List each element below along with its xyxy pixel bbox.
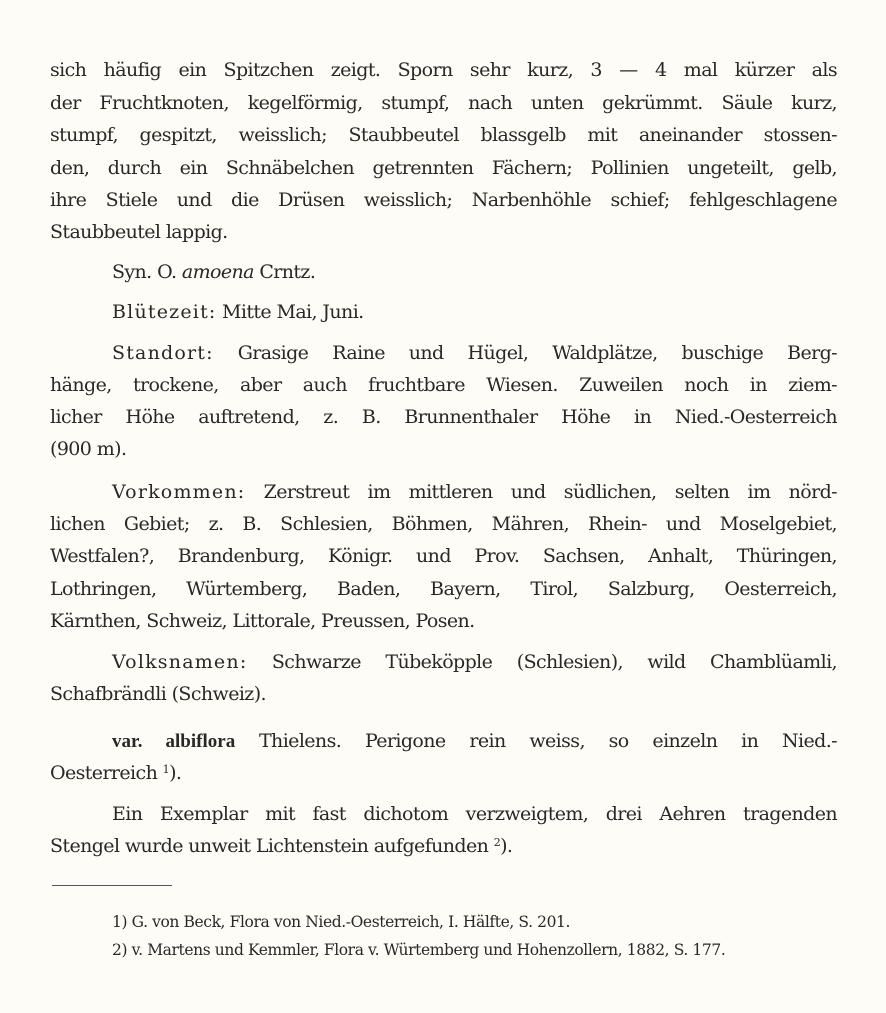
footnote-marker: 2): [112, 941, 127, 959]
synonym-genus: O.: [157, 261, 176, 283]
standort-text: Grasige Raine und Hügel, Waldplätze, bus…: [238, 342, 837, 364]
footnote-text: G. von Beck, Flora von Nied.-Oesterreich…: [132, 913, 570, 931]
volksnamen-label: Volksnamen:: [112, 651, 247, 673]
variety-place: Oesterreich: [50, 762, 157, 784]
standort-line: Standort: Grasige Raine und Hügel, Waldp…: [112, 340, 837, 366]
body-line: der Fruchtknoten, kegelförmig, stumpf, n…: [50, 90, 837, 116]
body-line: sich häufig ein Spitzchen zeigt. Sporn s…: [50, 57, 837, 83]
vorkommen-line: Vorkommen: Zerstreut im mittleren und sü…: [112, 479, 837, 505]
footnote-text: v. Martens und Kemmler, Flora v. Würtemb…: [132, 941, 726, 959]
vorkommen-label: Vorkommen:: [112, 481, 245, 503]
standort-label: Standort:: [112, 342, 214, 364]
punct: ).: [169, 762, 181, 784]
exemplar-line-2: Stengel wurde unweit Lichtenstein aufgef…: [50, 833, 837, 859]
body-line: Westfalen?, Brandenburg, Königr. und Pro…: [50, 543, 837, 569]
body-line: (900 m).: [50, 436, 837, 462]
body-line: Lothringen, Würtemberg, Baden, Bayern, T…: [50, 576, 837, 602]
exemplar-text: Stengel wurde unweit Lichtenstein aufgef…: [50, 835, 488, 857]
variety-line: var. albiflora Thielens. Perigone rein w…: [112, 728, 837, 755]
body-line: lichen Gebiet; z. B. Schlesien, Böhmen, …: [50, 511, 837, 537]
bluetezeit-line: Blütezeit: Mitte Mai, Juni.: [112, 299, 837, 325]
volksnamen-line: Volksnamen: Schwarze Tübeköpple (Schlesi…: [112, 649, 837, 675]
footnote-1: 1) G. von Beck, Flora von Nied.-Oesterre…: [112, 912, 570, 932]
synonym-author: Crntz.: [259, 261, 315, 283]
body-line: den, durch ein Schnäbelchen getrennten F…: [50, 155, 837, 181]
bluetezeit-text: Mitte Mai, Juni.: [222, 301, 364, 323]
body-line: stumpf, gespitzt, weisslich; Staubbeutel…: [50, 122, 837, 148]
bluetezeit-label: Blütezeit:: [112, 301, 217, 323]
body-line: Schafbrändli (Schweiz).: [50, 681, 837, 707]
footnote-divider: [52, 885, 172, 886]
vorkommen-text: Zerstreut im mittleren und südlichen, se…: [264, 481, 837, 503]
body-line: Kärnthen, Schweiz, Littorale, Preussen, …: [50, 608, 837, 634]
variety-name: var. albiflora: [112, 731, 235, 752]
body-line: ihre Stiele und die Drüsen weisslich; Na…: [50, 187, 837, 213]
body-line: licher Höhe auftretend, z. B. Brunnentha…: [50, 404, 837, 430]
variety-line-2: Oesterreich 1).: [50, 760, 837, 786]
variety-text: Thielens. Perigone rein weiss, so einzel…: [259, 730, 837, 752]
exemplar-line: Ein Exemplar mit fast dichotom verzweigt…: [112, 801, 837, 827]
synonym-species: amoena: [182, 261, 254, 283]
punct: ).: [500, 835, 512, 857]
footnote-2: 2) v. Martens und Kemmler, Flora v. Würt…: [112, 940, 725, 960]
synonym-label: Syn.: [112, 261, 152, 283]
volksnamen-text: Schwarze Tübeköpple (Schlesien), wild Ch…: [272, 651, 837, 673]
body-line: Staubbeutel lappig.: [50, 219, 837, 245]
synonym-line: Syn. O. amoena Crntz.: [112, 259, 837, 285]
footnote-marker: 1): [112, 913, 127, 931]
body-line: hänge, trockene, aber auch fruchtbare Wi…: [50, 372, 837, 398]
